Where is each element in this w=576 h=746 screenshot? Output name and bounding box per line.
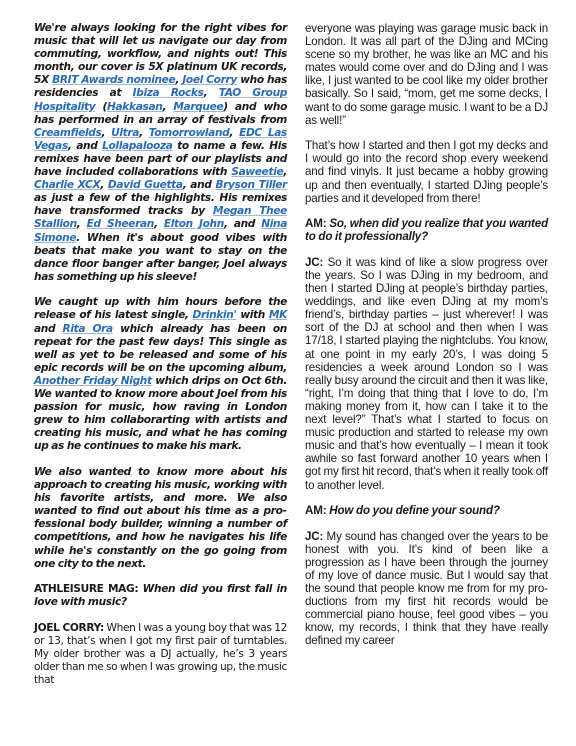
paragraph-text: , and (224, 218, 261, 230)
inline-link[interactable]: Mar­quee (173, 101, 223, 113)
paragraph-text: , (101, 127, 111, 139)
interview-answer: JC: My sound has changed over the years … (305, 530, 548, 648)
answer-text: everyone was playing was garage mu­sic b… (305, 22, 548, 127)
left-column: We're always looking for the right vibes… (34, 22, 287, 700)
paragraph-text: , (229, 127, 239, 139)
inline-link[interactable]: Ed Sheeran (87, 218, 154, 230)
paragraph-text: and (34, 323, 63, 335)
inline-link[interactable]: Elton John (164, 218, 224, 230)
speaker-label: AM: (305, 504, 326, 517)
speaker-label: ATHLEISURE MAG: (34, 583, 138, 595)
paragraph-text: ( (95, 101, 107, 113)
speaker-label: JC: (305, 256, 323, 269)
inline-link[interactable]: MK (269, 309, 287, 321)
interview-question: AM: How do you define your sound? (305, 504, 548, 517)
interview-answer: everyone was playing was garage mu­sic b… (305, 22, 548, 127)
paragraph-text: , and (183, 179, 216, 191)
inline-link[interactable]: Drinkin' (193, 309, 237, 321)
speaker-label: AM: (305, 217, 326, 230)
intro-paragraph: We caught up with him hours before the r… (34, 296, 287, 453)
inline-link[interactable]: Creamfields (34, 127, 101, 139)
answer-text: That’s how I started and then I got my d… (305, 139, 548, 204)
interview-question: ATHLEISURE MAG: When did you first fall … (34, 583, 287, 609)
inline-link[interactable]: Ultra (111, 127, 139, 139)
inline-link[interactable]: Rita Ora (63, 323, 113, 335)
intro-paragraph: We're always looking for the right vibes… (34, 22, 287, 284)
inline-link[interactable]: Lollapalooza (102, 140, 172, 152)
paragraph-text: , and (68, 140, 102, 152)
question-text: How do you define your sound? (326, 504, 499, 517)
paragraph-text: , (100, 179, 108, 191)
intro-paragraph: We also wanted to know more about his ap… (34, 466, 287, 571)
paragraph-text: , (154, 218, 164, 230)
speaker-label: JOEL CORRY: (34, 622, 104, 634)
paragraph-text: , (139, 127, 149, 139)
interview-right: everyone was playing was garage mu­sic b… (305, 22, 548, 648)
inline-link[interactable]: Bryson Tiller (215, 179, 287, 191)
speaker-label: JC: (305, 530, 323, 543)
right-column: everyone was playing was garage mu­sic b… (305, 22, 548, 660)
answer-text: My sound has changed over the years to b… (305, 530, 548, 648)
inline-link[interactable]: Hakkasan (107, 101, 162, 113)
inline-link[interactable]: Ibiza Rocks (133, 87, 204, 99)
paragraph-text: We also wanted to know more about his ap… (34, 466, 287, 570)
paragraph-text: , (204, 87, 219, 99)
inline-link[interactable]: Da­vid Guetta (108, 179, 183, 191)
interview-answer: JOEL CORRY: When I was a young boy that … (34, 622, 287, 687)
inline-link[interactable]: Tomor­rowland (149, 127, 230, 139)
intro-section: We're always looking for the right vibes… (34, 22, 287, 571)
interview-question: AM: So, when did you realize that you wa… (305, 217, 548, 243)
paragraph-text: with (236, 309, 269, 321)
answer-text: So it was kind of like a slow progress o… (305, 256, 548, 492)
magazine-page: We're always looking for the right vibes… (0, 0, 576, 746)
interview-answer: That’s how I started and then I got my d… (305, 139, 548, 204)
inline-link[interactable]: Joel Corry (182, 74, 237, 86)
interview-answer: JC: So it was kind of like a slow progre… (305, 256, 548, 492)
paragraph-text: , (77, 218, 87, 230)
inline-link[interactable]: Saweetie (231, 166, 283, 178)
paragraph-text: , (283, 166, 287, 178)
inline-link[interactable]: BRIT Awards nominee (52, 74, 175, 86)
paragraph-text: , (162, 101, 173, 113)
inline-link[interactable]: Another Friday Night (34, 375, 152, 387)
inline-link[interactable]: Charlie XCX (34, 179, 100, 191)
question-text: So, when did you realize that you wanted… (305, 217, 548, 243)
interview-left: ATHLEISURE MAG: When did you first fall … (34, 583, 287, 687)
